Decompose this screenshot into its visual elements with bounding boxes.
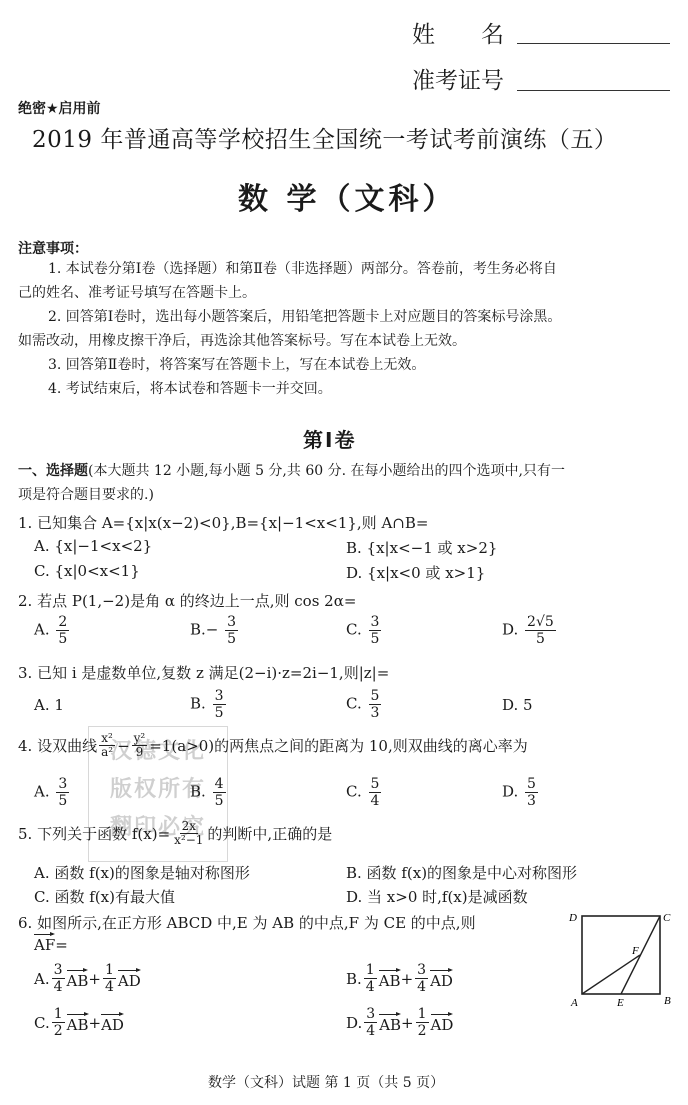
q2-option-a: A. 25 [34, 614, 71, 647]
q3-option-c-fraction: 53 [369, 688, 382, 721]
q2-option-d: D. 2√55 [502, 614, 558, 647]
name-field-line[interactable] [517, 43, 670, 44]
q4-option-c-fraction: 54 [369, 776, 382, 809]
q5-option-b: B. 函数 f(x)的图象是中心对称图形 [346, 862, 577, 883]
volume-title: 第Ⅰ卷 [303, 424, 356, 453]
q6-option-b-label: B. [346, 970, 362, 988]
plus-sign: + [401, 970, 414, 988]
q5-stem: 5. 下列关于函数 f(x)= 2xx²−1 的判断中,正确的是 [18, 820, 332, 847]
q5-option-a: A. 函数 f(x)的图象是轴对称图形 [34, 862, 250, 883]
vector-af: AF [34, 932, 55, 954]
point-a-label: A [570, 997, 578, 1008]
q2-option-b: B.− 35 [190, 614, 240, 647]
notice-item-4: 4. 考试结束后，将本试卷和答题卡一并交回。 [48, 377, 332, 401]
q6-option-d-label: D. [346, 1014, 362, 1032]
section-heading-bold: 一、选择题 [18, 463, 88, 479]
q4-fraction-x: x²a² [99, 732, 115, 759]
q1-stem: 1. 已知集合 A={x|x(x−2)<0},B={x|−1<x<1},则 A∩… [18, 512, 428, 533]
q3-option-c-label: C. [346, 695, 362, 713]
q4-option-d: D. 53 [502, 776, 540, 809]
q3-option-d: D. 5 [502, 696, 533, 714]
section-heading: 一、选择题(本大题共 12 小题,每小题 5 分,共 60 分. 在每小题给出的… [18, 459, 565, 483]
q3-option-b-fraction: 35 [213, 688, 226, 721]
q6-option-b-coef2: 34 [415, 962, 428, 995]
q1-option-d: D. {x|x<0 或 x>1} [346, 562, 485, 583]
q6-option-c-label: C. [34, 1014, 50, 1032]
vector-ad: AD [101, 1012, 124, 1034]
vector-ad: AD [118, 968, 141, 990]
q4-option-a: A. 35 [34, 776, 71, 809]
exam-id-field-line[interactable] [517, 90, 670, 91]
segment-ce [621, 916, 660, 994]
q3-option-c: C. 53 [346, 688, 383, 721]
q2-option-d-label: D. [502, 621, 518, 639]
q2-option-b-fraction: 35 [225, 614, 238, 647]
q4-fraction-y: y²9 [132, 732, 148, 759]
vector-ab: AB [67, 968, 89, 990]
q4-option-b-fraction: 45 [213, 776, 226, 809]
plus-sign: + [89, 1014, 102, 1032]
secret-mark: 绝密★启用前 [18, 98, 101, 118]
square-outline [582, 916, 660, 994]
point-b-label: B [664, 995, 671, 1007]
q4-suffix: =1(a>0)的两焦点之间的距离为 10,则双曲线的离心率为 [149, 735, 528, 756]
vector-ad: AD [431, 1012, 454, 1034]
square-abcd-figure: D C F A E B [566, 908, 686, 1008]
exam-title: 2019 年普通高等学校招生全国统一考试考前演练（五） [32, 121, 617, 154]
q6-option-c: C. 12 AB + AD [34, 1006, 124, 1039]
q4-option-c-label: C. [346, 783, 362, 801]
notice-heading: 注意事项： [18, 238, 88, 258]
q4-option-b-label: B. [190, 783, 206, 801]
vector-ab: AB [67, 1012, 89, 1034]
plus-sign: + [88, 970, 101, 988]
q6-option-a: A. 34 AB + 14 AD [34, 962, 141, 995]
vector-ad: AD [430, 968, 453, 990]
q2-option-b-sign: − [206, 621, 219, 639]
point-c-label: C [663, 912, 671, 924]
q1-option-a: A. {x|−1<x<2} [34, 537, 152, 555]
q5-option-c: C. 函数 f(x)有最大值 [34, 886, 175, 907]
q5-option-d: D. 当 x>0 时,f(x)是减函数 [346, 886, 528, 907]
q1-option-b: B. {x|x<−1 或 x>2} [346, 537, 497, 558]
q5-fraction: 2xx²−1 [172, 820, 205, 847]
q5-prefix: 5. 下列关于函数 f(x)= [18, 823, 170, 844]
notice-item-2-line1: 2. 回答第Ⅰ卷时，选出每小题答案后，用铅笔把答题卡上对应题目的答案标号涂黑。 [48, 305, 561, 329]
page-footer: 数学（文科）试题 第 1 页（共 5 页） [208, 1072, 444, 1092]
point-f-label: F [631, 945, 639, 957]
q3-option-a-label: A. [34, 696, 50, 714]
q6-option-d-coef1: 34 [364, 1006, 377, 1039]
q6-option-a-coef1: 34 [52, 962, 65, 995]
subject-title: 数 学（文科） [238, 174, 456, 218]
q2-option-c-fraction: 35 [369, 614, 382, 647]
q6-stem: 6. 如图所示,在正方形 ABCD 中,E 为 AB 的中点,F 为 CE 的中… [18, 912, 476, 933]
q2-option-d-fraction: 2√55 [525, 614, 556, 647]
q3-option-a-value: 1 [54, 696, 64, 714]
vector-ab: AB [379, 1012, 401, 1034]
vector-ab: AB [379, 968, 401, 990]
q4-option-d-fraction: 53 [525, 776, 538, 809]
q6-option-c-coef1: 12 [52, 1006, 65, 1039]
exam-id-label: 准考证号 [412, 62, 504, 95]
q6-option-b: B. 14 AB + 34 AD [346, 962, 453, 995]
q4-option-c: C. 54 [346, 776, 383, 809]
q3-option-a: A. 1 [34, 696, 64, 714]
q6-option-b-coef1: 14 [364, 962, 377, 995]
q4-option-a-fraction: 35 [56, 776, 69, 809]
q2-stem: 2. 若点 P(1,−2)是角 α 的终边上一点,则 cos 2α= [18, 590, 356, 611]
q6-equals: = [55, 936, 68, 954]
notice-item-3: 3. 回答第Ⅱ卷时，将答案写在答题卡上，写在本试卷上无效。 [48, 353, 425, 377]
q6-stem-line2: AF= [34, 932, 68, 954]
q3-option-b-label: B. [190, 695, 206, 713]
q2-option-a-fraction: 25 [56, 614, 69, 647]
section-heading-line2: 项是符合题目要求的.) [18, 483, 154, 507]
q4-option-b: B. 45 [190, 776, 228, 809]
notice-item-1-line2: 己的姓名、准考证号填写在答题卡上。 [18, 281, 256, 305]
q6-option-d: D. 34 AB + 12 AD [346, 1006, 453, 1039]
q3-option-d-label: D. [502, 696, 518, 714]
q2-option-a-label: A. [34, 621, 50, 639]
q2-option-b-label: B. [190, 621, 206, 639]
q4-stem: 4. 设双曲线 x²a² − y²9 =1(a>0)的两焦点之间的距离为 10,… [18, 732, 528, 759]
q6-option-a-label: A. [34, 970, 50, 988]
point-d-label: D [568, 912, 577, 924]
point-e-label: E [616, 997, 624, 1008]
q4-option-a-label: A. [34, 783, 50, 801]
q6-option-a-coef2: 14 [103, 962, 116, 995]
q3-stem: 3. 已知 i 是虚数单位,复数 z 满足(2−i)·z=2i−1,则|z|= [18, 662, 389, 683]
q6-option-d-coef2: 12 [416, 1006, 429, 1039]
q4-option-d-label: D. [502, 783, 518, 801]
name-label: 姓 名 [412, 16, 504, 49]
plus-sign: + [401, 1014, 414, 1032]
q4-minus: − [117, 737, 130, 755]
q4-prefix: 4. 设双曲线 [18, 735, 97, 756]
q3-option-b: B. 35 [190, 688, 228, 721]
q2-option-c: C. 35 [346, 614, 383, 647]
notice-item-1-line1: 1. 本试卷分第Ⅰ卷（选择题）和第Ⅱ卷（非选择题）两部分。答卷前，考生务必将自 [48, 257, 557, 281]
q3-option-d-value: 5 [523, 696, 533, 714]
q2-option-c-label: C. [346, 621, 362, 639]
q5-suffix: 的判断中,正确的是 [207, 823, 332, 844]
q1-option-c: C. {x|0<x<1} [34, 562, 140, 580]
notice-item-2-line2: 如需改动，用橡皮擦干净后，再选涂其他答案标号。写在本试卷上无效。 [18, 329, 466, 353]
section-heading-line1: (本大题共 12 小题,每小题 5 分,共 60 分. 在每小题给出的四个选项中… [88, 463, 565, 479]
